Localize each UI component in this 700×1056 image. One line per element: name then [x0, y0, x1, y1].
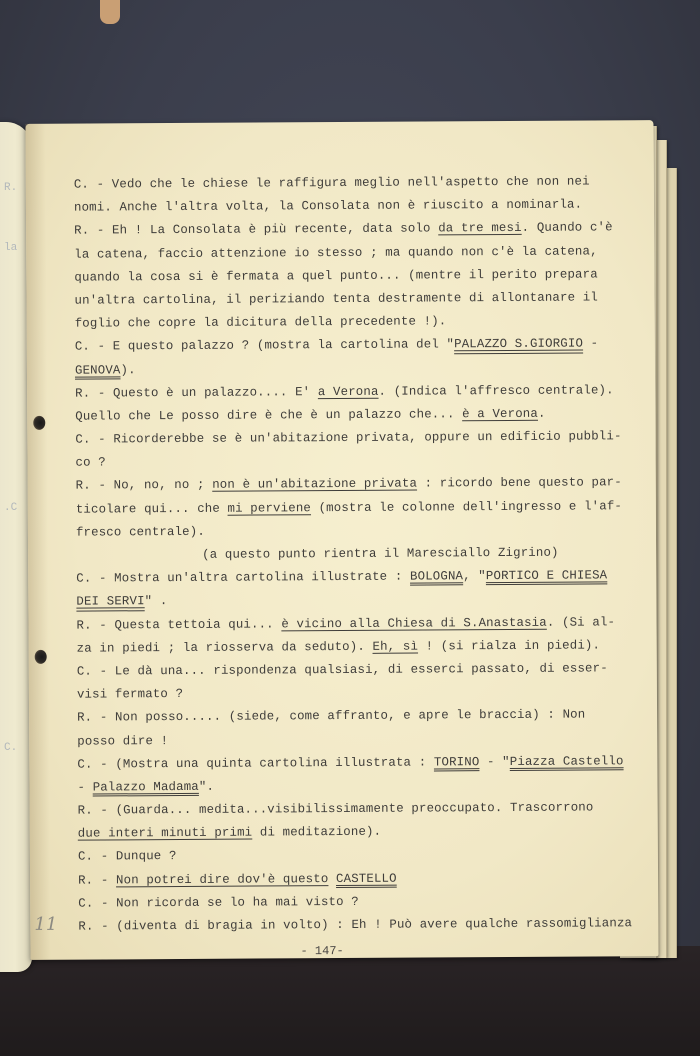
text-segment: posso dire ! [77, 734, 168, 749]
text-line: due interi minuti primi di meditazione). [78, 819, 648, 846]
text-segment: visi fermato ? [77, 687, 183, 702]
document-page: C. - Vedo che le chiese le raffigura meg… [25, 120, 658, 960]
text-segment: : ricordo bene questo par- [417, 476, 622, 491]
text-line: C. - Le dà una... rispondenza qualsiasi,… [77, 657, 647, 684]
text-line: (a questo punto rientra il Maresciallo Z… [76, 541, 646, 568]
text-segment: di meditazione). [252, 825, 381, 840]
text-line: C. - Non ricorda se lo ha mai visto ? [78, 889, 648, 916]
text-segment: un'altra cartolina, il periziando tenta … [74, 290, 597, 307]
text-segment: , " [463, 569, 486, 583]
text-line: la catena, faccio attenzione io stesso ;… [74, 240, 644, 267]
text-line: visi fermato ? [77, 680, 647, 707]
text-segment: (mostra le colonne dell'ingresso e l'af- [311, 499, 622, 515]
double-underlined-text: Palazzo Madama [93, 780, 199, 795]
text-segment: (a questo punto rientra il Maresciallo Z… [202, 546, 559, 562]
text-line: DEI SERVI" . [76, 588, 646, 615]
text-segment: C. - (Mostra una quinta cartolina illust… [77, 755, 434, 771]
underlined-text: è vicino alla Chiesa di S.Anastasia [281, 615, 547, 631]
double-underlined-text: TORINO [434, 755, 480, 769]
text-segment: R. - Eh ! La Consolata è più recente, da… [74, 222, 438, 238]
text-segment: C. - Ricorderebbe se è un'abitazione pri… [75, 429, 621, 446]
double-underlined-text: BOLOGNA [410, 569, 463, 583]
binder-hole [35, 650, 47, 664]
text-segment: la catena, faccio attenzione io stesso ;… [74, 244, 597, 261]
underlined-text: mi perviene [227, 501, 311, 516]
double-underlined-text: GENOVA [75, 363, 121, 377]
text-segment: " . [145, 594, 168, 608]
text-segment: C. - Vedo che le chiese le raffigura meg… [74, 174, 590, 191]
text-segment: C. - E questo palazzo ? (mostra la carto… [75, 338, 454, 354]
text-line: C. - Vedo che le chiese le raffigura meg… [74, 170, 644, 197]
underlined-text: due interi minuti primi [78, 826, 253, 841]
underlined-text: Non potrei dire dov'è questo [116, 872, 328, 887]
text-segment: R. - (Guarda... medita...visibilissimame… [78, 801, 594, 818]
text-segment: co ? [75, 456, 105, 470]
text-segment: C. - Non ricorda se lo ha mai visto ? [78, 895, 359, 911]
underlined-text: a Verona [318, 384, 379, 398]
underlined-text: è a Verona [462, 407, 538, 421]
text-line: posso dire ! [77, 727, 647, 754]
text-segment: foglio che copre la dicitura della prece… [75, 314, 447, 330]
text-segment: ". [199, 780, 214, 794]
table-surface [0, 946, 700, 1056]
double-underlined-text: CASTELLO [336, 871, 397, 885]
gutter-shadow [25, 124, 50, 960]
typewritten-transcript: C. - Vedo che le chiese le raffigura meg… [74, 170, 649, 939]
text-segment [328, 872, 336, 886]
text-line: R. - Non potrei dire dov'è questo CASTEL… [78, 866, 648, 893]
text-segment: - [583, 337, 598, 351]
text-line: R. - (Guarda... medita...visibilissimame… [78, 796, 648, 823]
text-segment: - " [479, 755, 509, 769]
text-line: za in piedi ; la riosserva da seduto). E… [77, 634, 647, 661]
binder-tab [100, 0, 120, 24]
text-segment: ticolare qui... che [76, 501, 228, 516]
text-segment: fresco centrale). [76, 525, 205, 540]
text-segment: - [77, 780, 92, 794]
margin-pencil-note: 11 [34, 914, 57, 935]
text-segment: R. - Questa tettoia qui... [76, 617, 281, 632]
underlined-text: da tre mesi [438, 221, 522, 236]
double-underlined-text: DEI SERVI [76, 595, 144, 609]
text-line: C. - (Mostra una quinta cartolina illust… [77, 750, 647, 777]
text-segment: R. - Non posso..... (siede, come affrant… [77, 708, 585, 725]
text-line: R. - No, no, no ; non è un'abitazione pr… [76, 472, 646, 499]
text-line: C. - Dunque ? [78, 843, 648, 870]
text-segment: R. - (diventa di bragia in volto) : Eh !… [78, 916, 632, 933]
text-line: Quello che Le posso dire è che è un pala… [75, 402, 645, 429]
text-line: R. - Eh ! La Consolata è più recente, da… [74, 217, 644, 244]
text-segment: R. - Questo è un palazzo.... E' [75, 385, 318, 400]
text-segment: ). [120, 363, 135, 377]
text-segment: C. - Mostra un'altra cartolina illustrat… [76, 570, 410, 586]
text-segment: C. - Dunque ? [78, 849, 177, 864]
text-line: foglio che copre la dicitura della prece… [75, 309, 645, 336]
text-line: nomi. Anche l'altra volta, la Consolata … [74, 193, 644, 220]
text-line: fresco centrale). [76, 518, 646, 545]
text-segment: ! (si rialza in piedi). [418, 638, 600, 653]
text-line: co ? [75, 448, 645, 475]
text-line: C. - E questo palazzo ? (mostra la carto… [75, 332, 645, 359]
double-underlined-text: PALAZZO S.GIORGIO [454, 337, 583, 352]
text-line: R. - Questo è un palazzo.... E' a Verona… [75, 379, 645, 406]
underlined-text: non è un'abitazione privata [212, 477, 417, 492]
text-segment: quando la cosa si è fermata a quel punto… [74, 267, 597, 284]
text-line: R. - (diventa di bragia in volto) : Eh !… [78, 912, 648, 939]
text-line: C. - Mostra un'altra cartolina illustrat… [76, 564, 646, 591]
text-segment: C. - Le dà una... rispondenza qualsiasi,… [77, 661, 608, 678]
text-line: ticolare qui... che mi perviene (mostra … [76, 495, 646, 522]
text-segment: . (Indica l'affresco centrale). [378, 383, 613, 398]
text-line: - Palazzo Madama". [77, 773, 647, 800]
binder-hole [33, 416, 45, 430]
text-segment: nomi. Anche l'altra volta, la Consolata … [74, 198, 582, 215]
text-segment: . Quando c'è [522, 221, 613, 236]
text-line: quando la cosa si è fermata a quel punto… [74, 263, 644, 290]
double-underlined-text: Piazza Castello [510, 754, 624, 769]
text-line: R. - Non posso..... (siede, come affrant… [77, 703, 647, 730]
underlined-text: Eh, sì [372, 639, 418, 653]
text-segment: R. - No, no, no ; [76, 478, 213, 493]
page-number: - 147- [300, 944, 343, 958]
double-underlined-text: PORTICO E CHIESA [486, 569, 607, 584]
text-line: C. - Ricorderebbe se è un'abitazione pri… [75, 425, 645, 452]
text-segment: . [538, 407, 546, 421]
text-segment: . (Si al- [547, 615, 615, 629]
text-segment: Quello che Le posso dire è che è un pala… [75, 407, 462, 423]
text-line: GENOVA). [75, 356, 645, 383]
text-line: R. - Questa tettoia qui... è vicino alla… [76, 611, 646, 638]
text-segment: za in piedi ; la riosserva da seduto). [77, 640, 373, 656]
text-line: un'altra cartolina, il periziando tenta … [74, 286, 644, 313]
text-segment: R. - [78, 873, 116, 887]
